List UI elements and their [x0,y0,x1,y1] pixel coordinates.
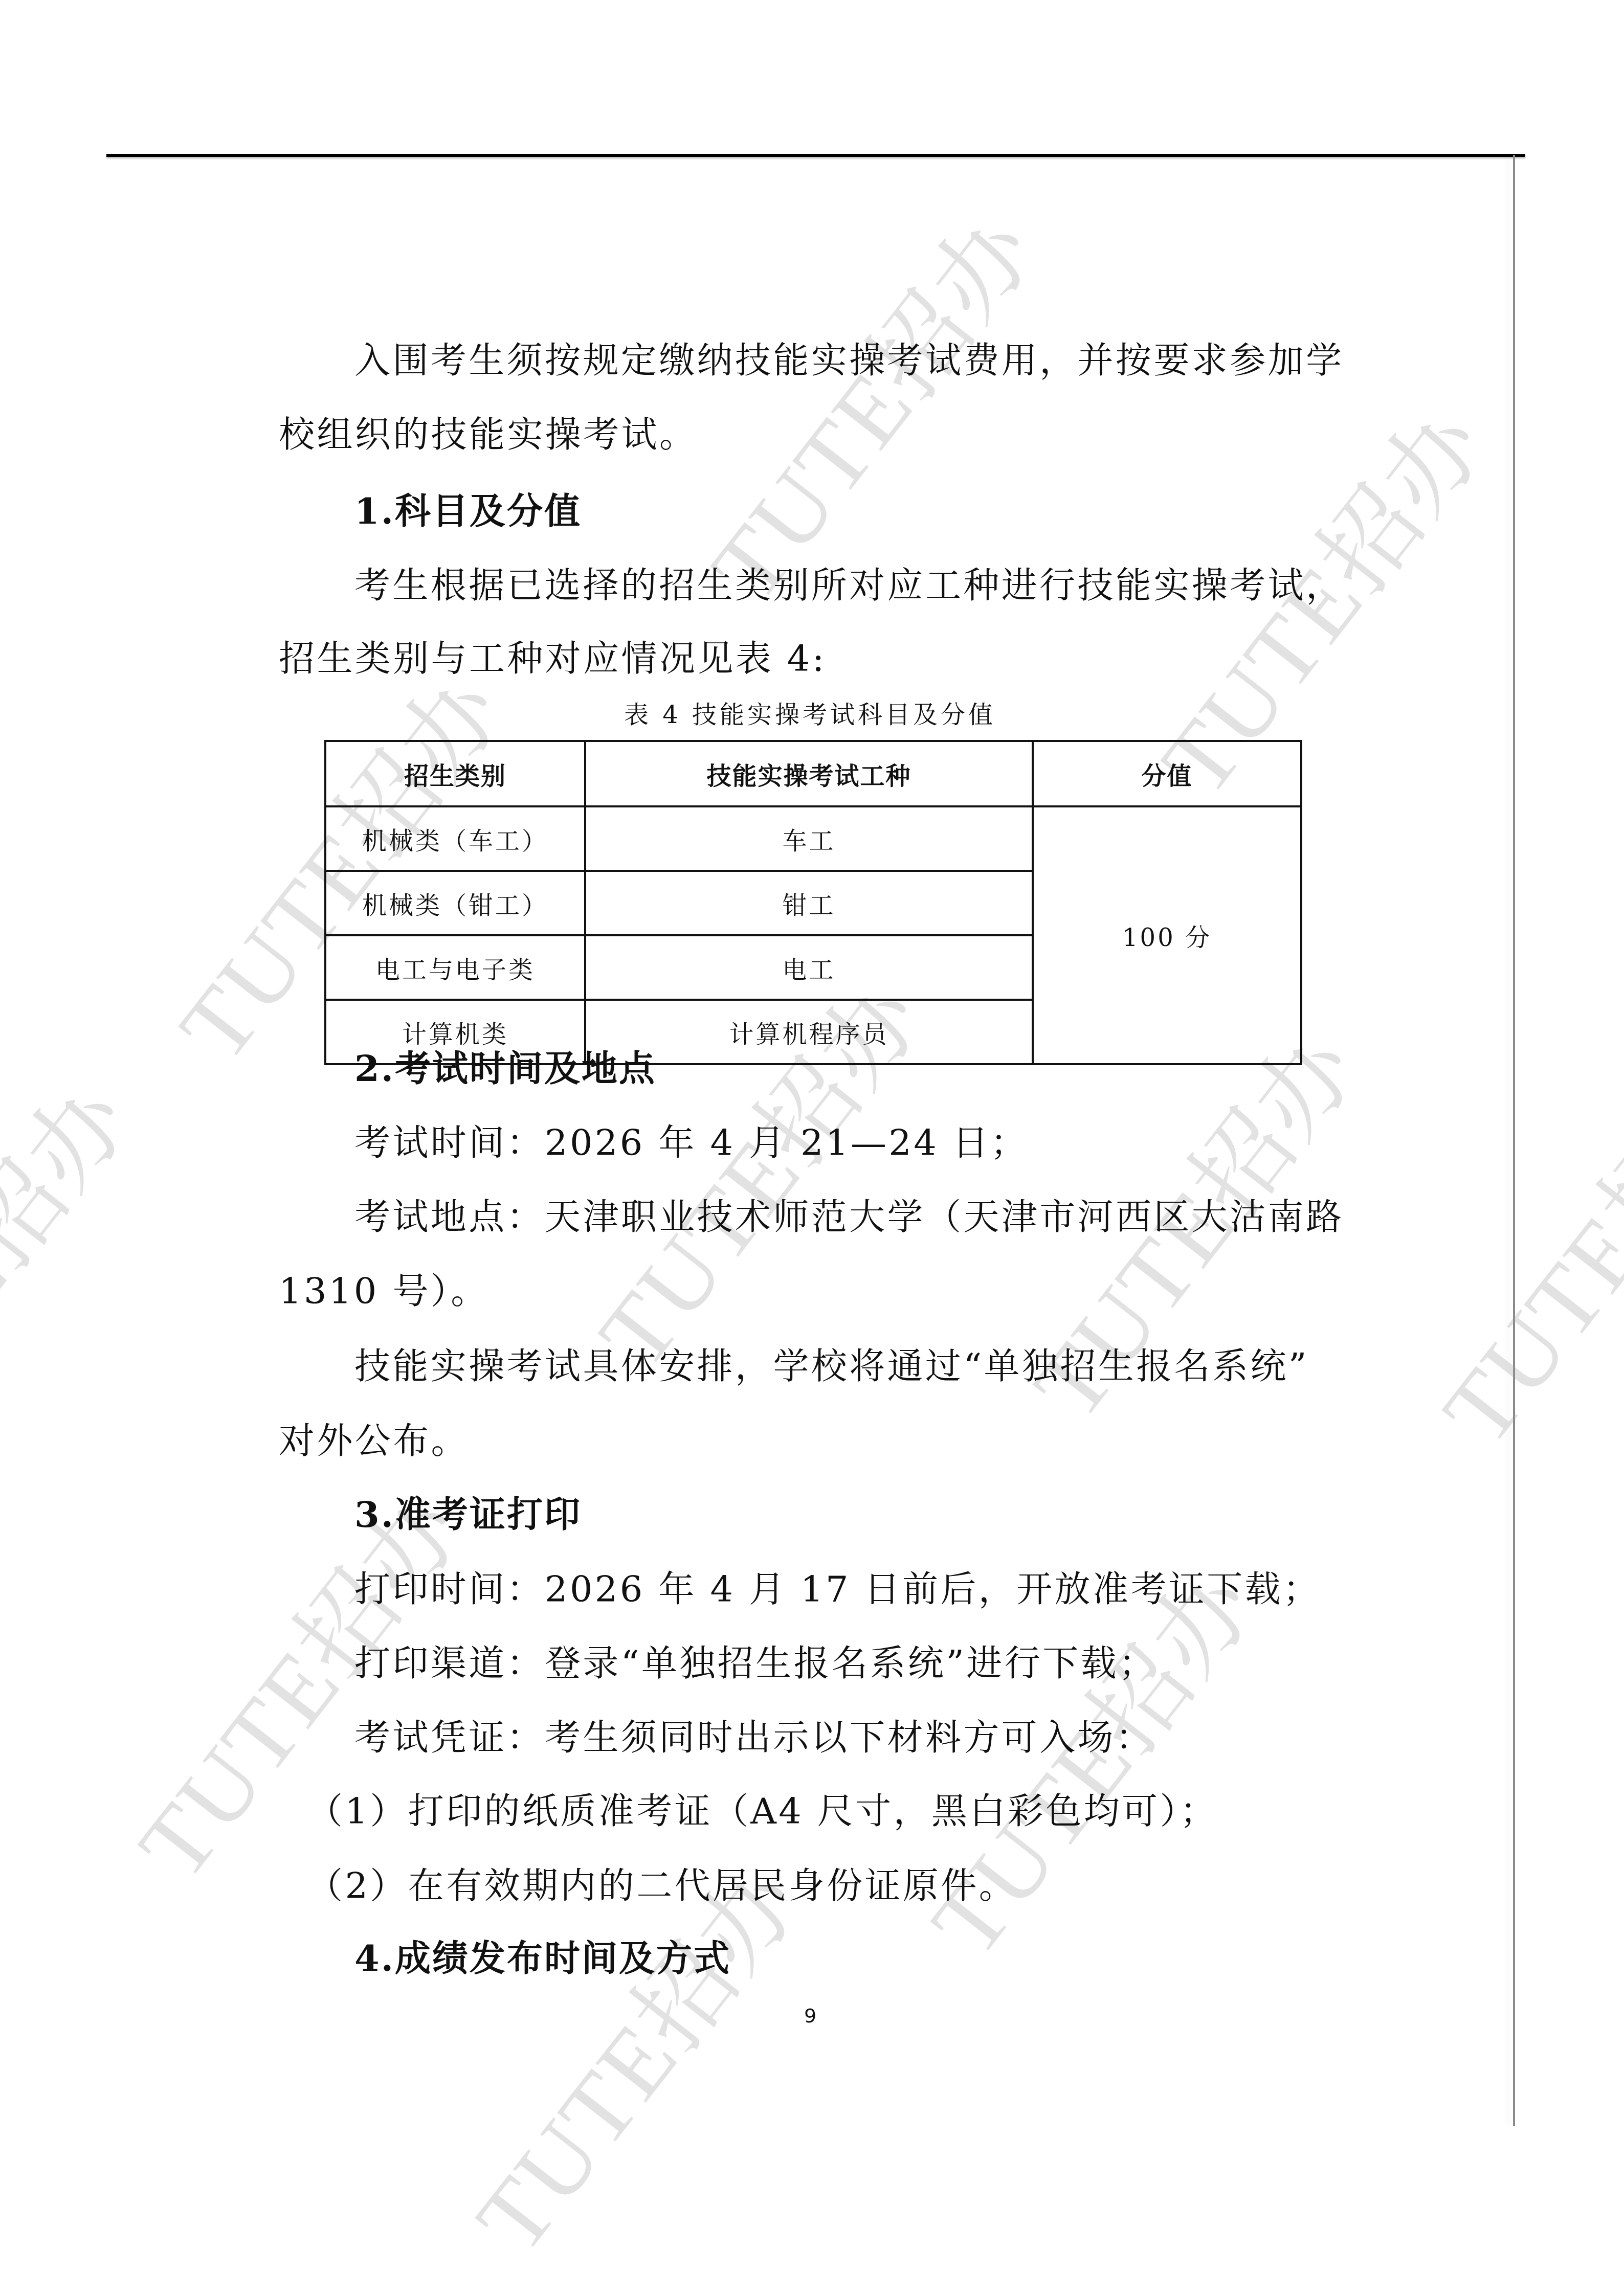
table-cell-trade: 电工 [585,935,1033,1000]
list-item: （2）在有效期内的二代居民身份证原件。 [307,1865,1017,1906]
watermark: TUTE招办 [671,180,1061,624]
table-cell-trade: 车工 [585,806,1033,871]
paragraph-line: 1310 号）。 [279,1271,489,1312]
table-header-cell: 招生类别 [325,741,585,806]
table-cell-category: 机械类（车工） [325,806,585,871]
table-cell-score: 100 分 [1033,806,1301,1064]
paragraph-line: 考试时间：2026 年 4 月 21—24 日； [354,1122,1029,1163]
paragraph-line: 招生类别与工种对应情况见表 4: [279,638,827,679]
page-number: 9 [804,2005,816,2027]
section-heading-4: 4.成绩发布时间及方式 [354,1938,731,1979]
paragraph-line: 考试凭证：考生须同时出示以下材料方可入场： [354,1717,1153,1758]
table-cell-category: 电工与电子类 [325,935,585,1000]
paragraph-line: 对外公布。 [279,1421,469,1461]
paragraph-line: 打印渠道：登录“单独招生报名系统”进行下载； [354,1643,1156,1684]
watermark: TUTE招办 [0,1049,156,1494]
table-cell-category: 机械类（钳工） [325,871,585,935]
skill-exam-table: 招生类别 技能实操考试工种 分值 机械类（车工） 车工 100 分 机械类（钳工… [324,740,1302,1065]
header-rule [106,154,1525,157]
paragraph-line: 打印时间：2026 年 4 月 17 日前后，开放准考证下载； [354,1569,1321,1610]
paragraph-line: 技能实操考试具体安排，学校将通过“单独招生报名系统” [354,1346,1309,1387]
paragraph-line: 考生根据已选择的招生类别所对应工种进行技能实操考试， [354,565,1344,606]
table-header-cell: 分值 [1033,741,1301,806]
table-row: 机械类（车工） 车工 100 分 [325,806,1301,871]
table-caption-text: 表 4 技能实操考试科目及分值 [624,701,996,729]
paragraph-line: 校组织的技能实操考试。 [279,414,697,455]
section-heading-1: 1.科目及分值 [354,491,582,532]
section-heading-3: 3.准考证打印 [354,1494,582,1535]
table-header-cell: 技能实操考试工种 [585,741,1033,806]
paragraph-line: 考试地点：天津职业技术师范大学（天津市河西区大沽南路 [354,1197,1344,1237]
list-item: （1）打印的纸质准考证（A4 尺寸，黑白彩色均可）； [307,1791,1218,1832]
table-cell-trade: 钳工 [585,871,1033,935]
page-edge-line [1513,155,1515,2126]
document-page: TUTE招办 TUTE招办 TUTE招办 TUTE招办 TUTE招办 TUTE招… [0,0,1624,2296]
table-header-row: 招生类别 技能实操考试工种 分值 [325,741,1301,806]
section-heading-2: 2.考试时间及地点 [354,1048,656,1089]
paragraph-line: 入围考生须按规定缴纳技能实操考试费用，并按要求参加学 [354,340,1344,381]
